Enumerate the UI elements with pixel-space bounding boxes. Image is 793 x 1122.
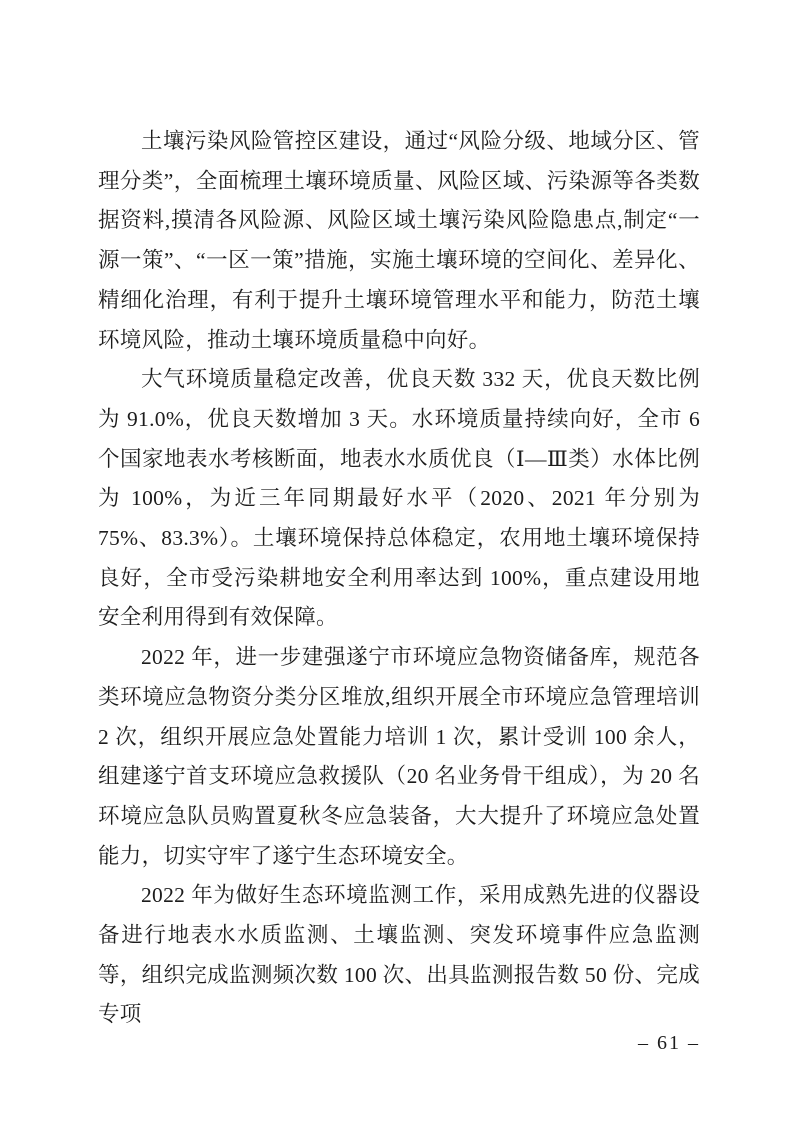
document-body: 土壤污染风险管控区建设，通过“风险分级、地域分区、管理分类”，全面梳理土壤环境质… — [98, 122, 700, 1035]
paragraph-soil-risk-control: 土壤污染风险管控区建设，通过“风险分级、地域分区、管理分类”，全面梳理土壤环境质… — [98, 122, 700, 360]
paragraph-monitoring-work: 2022 年为做好生态环境监测工作，采用成熟先进的仪器设备进行地表水水质监测、土… — [98, 876, 700, 1035]
document-page: 土壤污染风险管控区建设，通过“风险分级、地域分区、管理分类”，全面梳理土壤环境质… — [0, 0, 793, 1122]
page-number: – 61 – — [638, 1030, 700, 1056]
paragraph-emergency-response: 2022 年，进一步建强遂宁市环境应急物资储备库，规范各类环境应急物资分类分区堆… — [98, 638, 700, 876]
paragraph-environment-quality: 大气环境质量稳定改善，优良天数 332 天，优良天数比例为 91.0%，优良天数… — [98, 360, 700, 638]
